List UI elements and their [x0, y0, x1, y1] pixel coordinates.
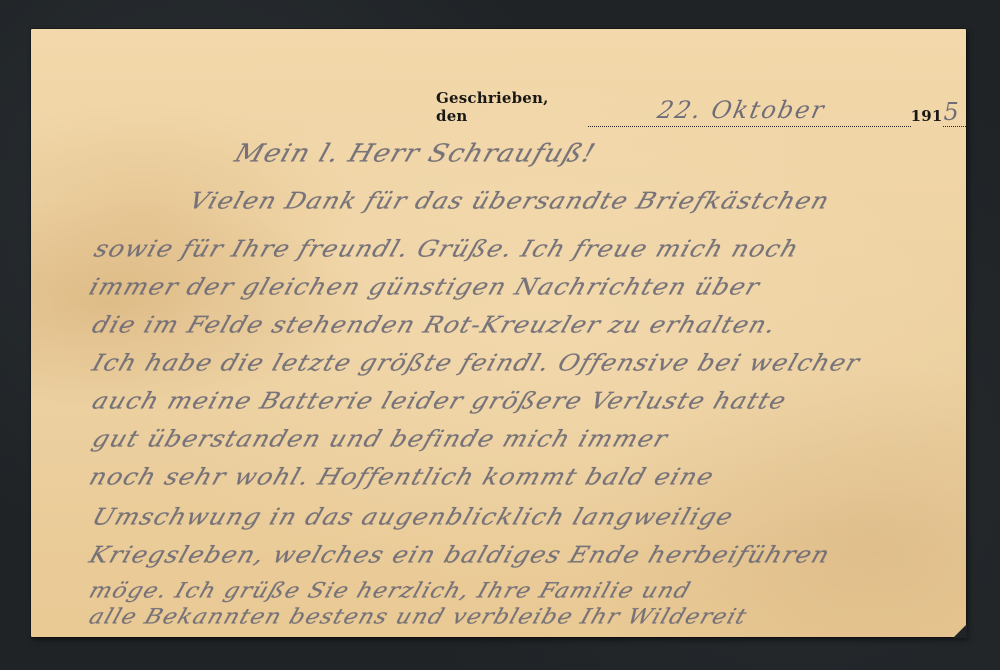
letter-line: immer der gleichen günstigen Nachrichten…: [86, 273, 764, 300]
postcard: Geschrieben, den 22. Oktober 191 5 Mein …: [31, 29, 966, 637]
letter-line-signature: alle Bekannten bestens und verbleibe Ihr…: [86, 605, 750, 629]
year-field: 5: [943, 98, 966, 127]
letter-line: Kriegsleben, welches ein baldiges Ende h…: [86, 541, 834, 568]
date-header: Geschrieben, den 22. Oktober 191 5: [436, 89, 966, 127]
salutation: Mein l. Herr Schraufuß!: [231, 139, 600, 168]
printed-year-prefix: 191: [911, 107, 943, 127]
date-field: 22. Oktober: [588, 98, 911, 127]
letter-line: auch meine Batterie leider größere Verlu…: [89, 387, 791, 414]
letter-line: Ich habe die letzte größte feindl. Offen…: [89, 349, 864, 376]
letter-line: gut überstanden und befinde mich immer: [89, 425, 672, 452]
letter-line: sowie für Ihre freundl. Grüße. Ich freue…: [91, 235, 803, 262]
handwritten-year-digit: 5: [944, 98, 959, 126]
letter-line: noch sehr wohl. Hoffentlich kommt bald e…: [86, 463, 718, 490]
letter-line: die im Felde stehenden Rot-Kreuzler zu e…: [89, 311, 780, 338]
handwritten-date: 22. Oktober: [655, 96, 828, 124]
letter-line: Umschwung in das augenblicklich langweil…: [89, 503, 737, 530]
damaged-corner: [953, 624, 967, 638]
letter-line: Vielen Dank für das übersandte Briefkäst…: [186, 187, 834, 214]
printed-date-label: Geschrieben, den: [436, 89, 582, 127]
letter-line: möge. Ich grüße Sie herzlich, Ihre Famil…: [86, 579, 694, 603]
